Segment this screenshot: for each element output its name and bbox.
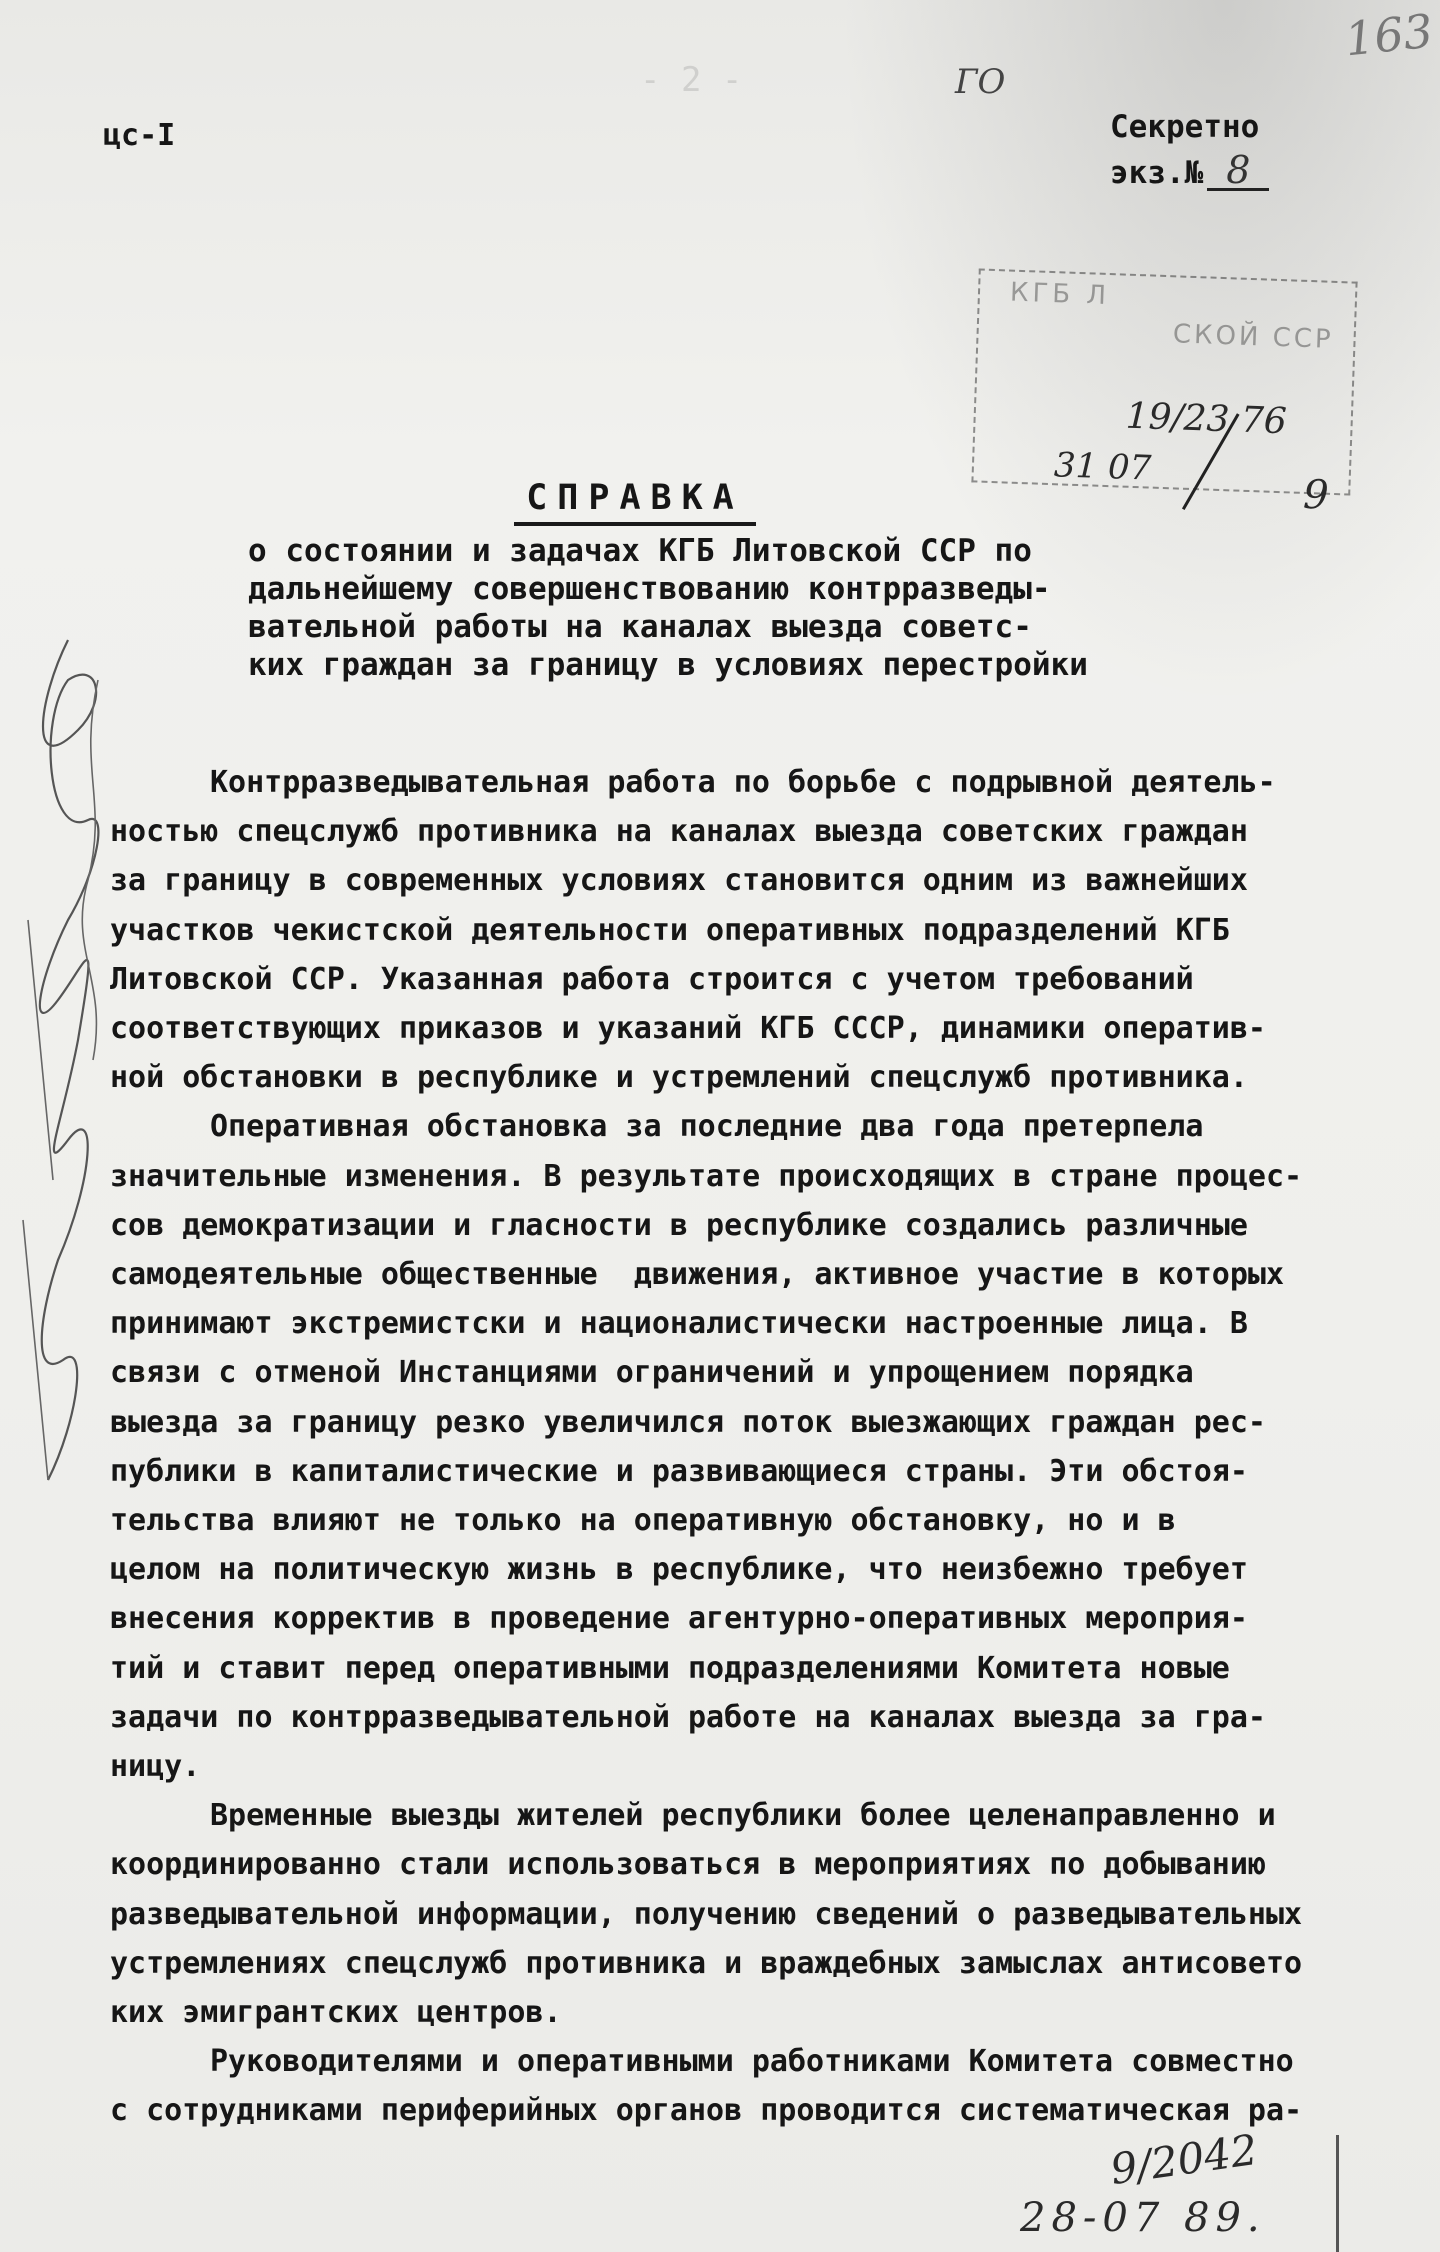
body-line: целом на политическую жизнь в республике…	[110, 1545, 1430, 1594]
body-line: ких эмигрантских центров.	[110, 1988, 1430, 2037]
department-code: цс-I	[103, 118, 175, 153]
registration-stamp: КГБ Л СКОЙ ССР 19/23 76 31 07 9	[971, 268, 1357, 495]
body-line: Оперативная обстановка за последние два …	[110, 1102, 1430, 1151]
copy-label: экз.№	[1110, 150, 1203, 196]
stamp-registration-number: 19/23 76	[1125, 396, 1287, 443]
body-line: устремлениях спецслужб противника и враж…	[110, 1939, 1430, 1988]
body-line: за границу в современных условиях станов…	[110, 856, 1430, 905]
body-line: самодеятельные общественные движения, ак…	[110, 1250, 1430, 1299]
body-line: ностью спецслужб противника на каналах в…	[110, 807, 1430, 856]
document-title: СПРАВКА	[514, 478, 756, 526]
stamp-header: КГБ Л	[1010, 278, 1111, 311]
document-title-row: СПРАВКА	[0, 478, 1440, 518]
body-line: выезда за границу резко увеличился поток…	[110, 1398, 1430, 1447]
stamp-header-2: СКОЙ ССР	[1172, 319, 1334, 355]
body-line: ницу.	[110, 1742, 1430, 1791]
body-line: внесения корректив в проведение агентурн…	[110, 1594, 1430, 1643]
body-line: участков чекистской деятельности операти…	[110, 906, 1430, 955]
classification-label: Секретно	[1110, 104, 1269, 150]
bottom-registration-date: 28-07 89.	[1020, 2195, 1266, 2241]
copy-number-line: экз.№ 8	[1110, 150, 1269, 196]
body-line: разведывательной информации, получению с…	[110, 1890, 1430, 1939]
body-line: ной обстановки в республике и устремлени…	[110, 1053, 1430, 1102]
body-line: Временные выезды жителей республики боле…	[110, 1791, 1430, 1840]
body-line: связи с отменой Инстанциями ограничений …	[110, 1348, 1430, 1397]
margin-rule	[1336, 2135, 1339, 2252]
copy-number: 8	[1207, 152, 1269, 191]
document-subtitle: о состоянии и задачах КГБ Литовской ССР …	[248, 532, 1248, 684]
classification-block: Секретно экз.№ 8	[1110, 104, 1269, 196]
body-line: задачи по контрразведывательной работе н…	[110, 1693, 1430, 1742]
body-line: сов демократизации и гласности в республ…	[110, 1201, 1430, 1250]
body-line: значительные изменения. В результате про…	[110, 1152, 1430, 1201]
body-line: координированно стали использоваться в м…	[110, 1840, 1430, 1889]
bleed-through-page-number: - 2 -	[640, 60, 742, 100]
body-line: Контрразведывательная работа по борьбе с…	[110, 758, 1430, 807]
body-line: тельства влияют не только на оперативную…	[110, 1496, 1430, 1545]
body-line: Руководителями и оперативными работникам…	[110, 2037, 1430, 2086]
document-body: Контрразведывательная работа по борьбе с…	[110, 758, 1430, 2136]
body-line: публики в капиталистические и развивающи…	[110, 1447, 1430, 1496]
visa-mark: ГО	[955, 62, 1005, 102]
document-page: - 2 - цс-I 163 ГО Секретно экз.№ 8 КГБ Л…	[0, 0, 1440, 2252]
body-line: тий и ставит перед оперативными подразде…	[110, 1644, 1430, 1693]
body-line: Литовской ССР. Указанная работа строится…	[110, 955, 1430, 1004]
body-line: принимают экстремистски и националистиче…	[110, 1299, 1430, 1348]
body-line: соответствующих приказов и указаний КГБ …	[110, 1004, 1430, 1053]
folio-number: 163	[1342, 4, 1435, 67]
